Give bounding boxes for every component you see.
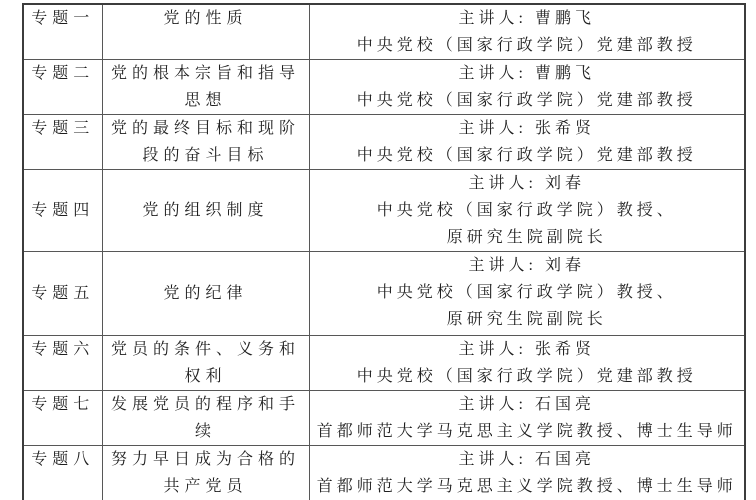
speaker-cell: 主讲人: 刘春 中央党校（国家行政学院）教授、 原研究生院副院长 xyxy=(309,170,745,252)
speaker-name-line: 主讲人: 曹鹏飞 xyxy=(310,5,745,32)
speaker-affiliation-line: 中央党校（国家行政学院）党建部教授 xyxy=(310,32,745,59)
speaker-affiliation-line: 首都师范大学马克思主义学院教授、博士生导师 xyxy=(310,473,745,500)
speaker-affiliation-line: 中央党校（国家行政学院）教授、 xyxy=(310,197,745,224)
speaker-name-line: 主讲人: 张希贤 xyxy=(310,336,745,363)
topic-number-cell: 专题二 xyxy=(23,60,102,115)
speaker-cell: 主讲人: 曹鹏飞 中央党校（国家行政学院）党建部教授 xyxy=(309,60,745,115)
table-row: 专题二 党的根本宗旨和指导思想 主讲人: 曹鹏飞 中央党校（国家行政学院）党建部… xyxy=(23,60,745,115)
speaker-affiliation-line: 中央党校（国家行政学院）党建部教授 xyxy=(310,142,745,169)
speaker-cell: 主讲人: 曹鹏飞 中央党校（国家行政学院）党建部教授 xyxy=(309,4,745,60)
topic-number-cell: 专题三 xyxy=(23,115,102,170)
speaker-name-line: 主讲人: 石国亮 xyxy=(310,391,745,418)
topic-number-cell: 专题八 xyxy=(23,446,102,500)
topic-number-cell: 专题一 xyxy=(23,4,102,60)
speaker-cell: 主讲人: 张希贤 中央党校（国家行政学院）党建部教授 xyxy=(309,115,745,170)
speaker-name-line: 主讲人: 刘春 xyxy=(310,252,745,279)
speaker-cell: 主讲人: 张希贤 中央党校（国家行政学院）党建部教授 xyxy=(309,336,745,391)
table-row: 专题四 党的组织制度 主讲人: 刘春 中央党校（国家行政学院）教授、 原研究生院… xyxy=(23,170,745,252)
table-row: 专题五 党的纪律 主讲人: 刘春 中央党校（国家行政学院）教授、 原研究生院副院… xyxy=(23,252,745,336)
speaker-affiliation-line: 中央党校（国家行政学院）党建部教授 xyxy=(310,87,745,114)
topic-title-cell: 党的最终目标和现阶段的奋斗目标 xyxy=(102,115,309,170)
topic-title-cell: 党的纪律 xyxy=(102,252,309,336)
table-row: 专题一 党的性质 主讲人: 曹鹏飞 中央党校（国家行政学院）党建部教授 xyxy=(23,4,745,60)
table-row: 专题三 党的最终目标和现阶段的奋斗目标 主讲人: 张希贤 中央党校（国家行政学院… xyxy=(23,115,745,170)
speaker-affiliation-line: 首都师范大学马克思主义学院教授、博士生导师 xyxy=(310,418,745,445)
speaker-affiliation-line-2: 原研究生院副院长 xyxy=(310,306,745,333)
speaker-name-line: 主讲人: 刘春 xyxy=(310,170,745,197)
topic-number-cell: 专题六 xyxy=(23,336,102,391)
topic-number-cell: 专题五 xyxy=(23,252,102,336)
topic-title-cell: 党的性质 xyxy=(102,4,309,60)
topic-title-cell: 党的根本宗旨和指导思想 xyxy=(102,60,309,115)
speaker-cell: 主讲人: 石国亮 首都师范大学马克思主义学院教授、博士生导师 xyxy=(309,391,745,446)
topic-title-cell: 党员的条件、义务和权利 xyxy=(102,336,309,391)
table-row: 专题六 党员的条件、义务和权利 主讲人: 张希贤 中央党校（国家行政学院）党建部… xyxy=(23,336,745,391)
speaker-cell: 主讲人: 石国亮 首都师范大学马克思主义学院教授、博士生导师 xyxy=(309,446,745,500)
speaker-affiliation-line-2: 原研究生院副院长 xyxy=(310,224,745,251)
table-row: 专题七 发展党员的程序和手续 主讲人: 石国亮 首都师范大学马克思主义学院教授、… xyxy=(23,391,745,446)
topic-number-cell: 专题四 xyxy=(23,170,102,252)
speaker-name-line: 主讲人: 曹鹏飞 xyxy=(310,60,745,87)
speaker-affiliation-line: 中央党校（国家行政学院）党建部教授 xyxy=(310,363,745,390)
speaker-name-line: 主讲人: 张希贤 xyxy=(310,115,745,142)
speaker-name-line: 主讲人: 石国亮 xyxy=(310,446,745,473)
topic-title-cell: 发展党员的程序和手续 xyxy=(102,391,309,446)
topic-number-cell: 专题七 xyxy=(23,391,102,446)
topic-title-cell: 努力早日成为合格的共产党员 xyxy=(102,446,309,500)
document-page: 专题一 党的性质 主讲人: 曹鹏飞 中央党校（国家行政学院）党建部教授 专题二 … xyxy=(0,3,756,500)
course-schedule-table: 专题一 党的性质 主讲人: 曹鹏飞 中央党校（国家行政学院）党建部教授 专题二 … xyxy=(22,3,746,500)
topic-title-cell: 党的组织制度 xyxy=(102,170,309,252)
speaker-affiliation-line: 中央党校（国家行政学院）教授、 xyxy=(310,279,745,306)
speaker-cell: 主讲人: 刘春 中央党校（国家行政学院）教授、 原研究生院副院长 xyxy=(309,252,745,336)
table-row: 专题八 努力早日成为合格的共产党员 主讲人: 石国亮 首都师范大学马克思主义学院… xyxy=(23,446,745,500)
